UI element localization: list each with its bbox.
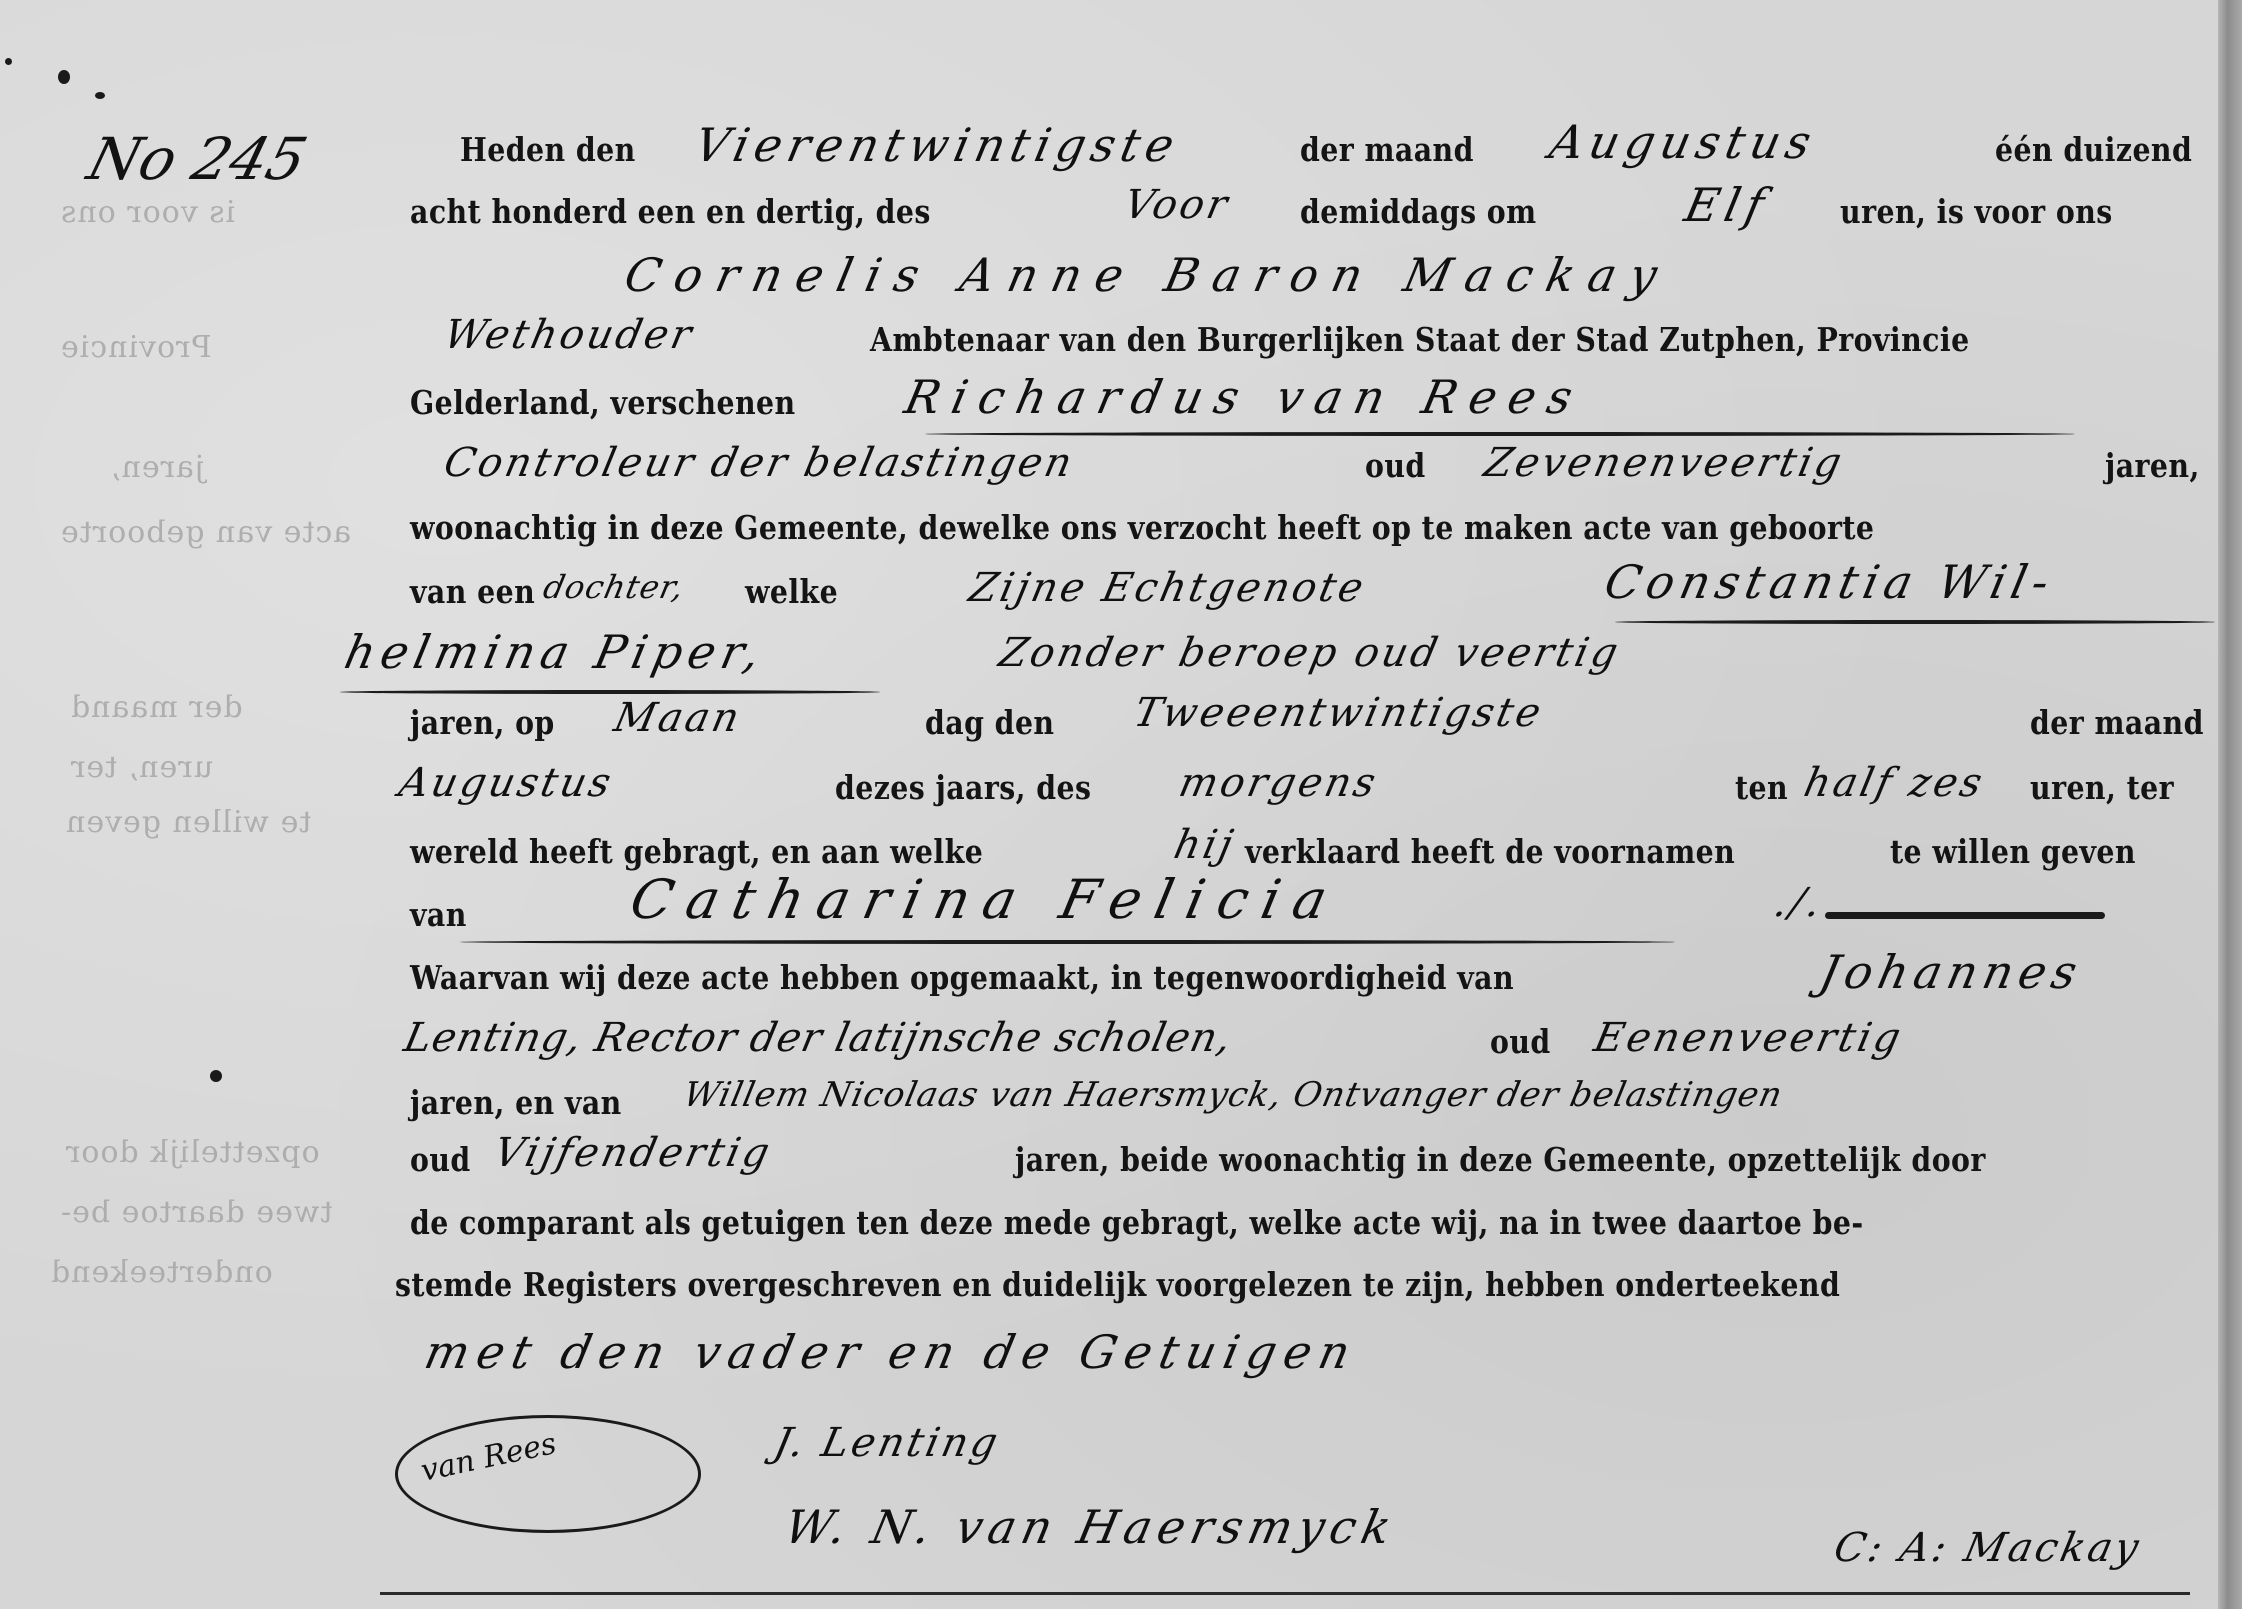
ink-spot	[210, 1070, 222, 1082]
handwritten-month: Augustus	[1545, 115, 1822, 169]
printed-text: jaren, beide woonachtig in deze Gemeente…	[1015, 1140, 1986, 1179]
printed-text: oud	[410, 1140, 471, 1179]
handwritten-weekday: Maan	[610, 695, 746, 741]
bleed-through-text: twee daartoe be-	[60, 1195, 333, 1230]
printed-text: der maand	[2030, 703, 2204, 742]
printed-text: jaren,	[2105, 446, 2200, 485]
witness1-signature: J. Lenting	[770, 1420, 1004, 1466]
printed-text: dag den	[925, 703, 1055, 742]
printed-text: uren, is voor ons	[1840, 192, 2113, 231]
handwritten-closing-mark: ./.	[1770, 880, 1828, 926]
printed-text: woonachtig in deze Gemeente, dewelke ons…	[410, 508, 1874, 547]
printed-text: stemde Registers overgeschreven en duide…	[395, 1265, 1840, 1304]
handwritten-birth-time: half zes	[1800, 760, 1989, 806]
handwritten-father-age: Zevenenveertig	[1480, 440, 1848, 486]
underline	[340, 690, 880, 694]
handwritten-pronoun: hij	[1170, 822, 1240, 868]
underline	[460, 940, 1675, 944]
handwritten-signing-note: met den vader en de Getuigen	[420, 1325, 1363, 1379]
bleed-through-text: uren, ter	[70, 750, 213, 785]
printed-text: wereld heeft gebragt, en aan welke	[410, 832, 983, 871]
handwritten-witness1-details: Lenting, Rector der latijnsche scholen,	[400, 1015, 1236, 1061]
printed-text: der maand	[1300, 130, 1474, 169]
printed-text: van een	[410, 572, 535, 611]
bleed-through-text: opzettelijk door	[65, 1135, 320, 1170]
bleed-through-text: is voor ons	[60, 195, 235, 230]
printed-text: jaren, en van	[410, 1083, 622, 1122]
printed-text: van	[410, 895, 467, 934]
handwritten-birth-day: Tweeentwintigste	[1130, 690, 1548, 736]
printed-text: te willen geven	[1890, 832, 2136, 871]
printed-text: dezes jaars, des	[835, 768, 1091, 807]
handwritten-mother-name: Constantia Wil-	[1600, 555, 2060, 609]
handwritten-official-title: Wethouder	[440, 312, 698, 358]
printed-text: welke	[745, 572, 838, 611]
handwritten-part-of-day: morgens	[1175, 760, 1382, 806]
page-edge	[2218, 0, 2242, 1609]
printed-text: Waarvan wij deze acte hebben opgemaakt, …	[410, 958, 1514, 997]
handwritten-father-name: Richardus van Rees	[900, 370, 1589, 424]
printed-text: acht honderd een en dertig, des	[410, 192, 931, 231]
printed-text: Heden den	[460, 130, 636, 169]
handwritten-mother-name-cont: helmina Piper,	[340, 625, 771, 679]
printed-text: ten	[1735, 768, 1788, 807]
handwritten-hour: Elf	[1680, 178, 1775, 232]
printed-text: één duizend	[1995, 130, 2192, 169]
handwritten-spouse-label: Zijne Echtgenote	[965, 565, 1370, 611]
handwritten-witness2-details: Willem Nicolaas van Haersmyck, Ontvanger…	[680, 1075, 1786, 1115]
handwritten-day: Vierentwintigste	[690, 118, 1185, 172]
bleed-through-text: onderteekend	[50, 1255, 273, 1290]
handwritten-birth-month: Augustus	[395, 760, 618, 806]
bleed-through-text: jaren,	[110, 450, 204, 485]
handwritten-witness1-age: Eenenveertig	[1590, 1015, 1907, 1061]
bleed-through-text: te willen geven	[65, 805, 311, 840]
printed-text: Gelderland, verschenen	[410, 383, 796, 422]
witness2-signature: W. N. van Haersmyck	[780, 1500, 1402, 1554]
bleed-through-text: der maand	[70, 690, 243, 725]
printed-text: uren, ter	[2030, 768, 2174, 807]
document-page: is voor ons Provincie jaren, acte van ge…	[0, 0, 2218, 1609]
bleed-through-text: Provincie	[60, 330, 212, 365]
handwritten-mother-details: Zonder beroep oud veertig	[995, 630, 1625, 676]
handwritten-witness1-first: Johannes	[1815, 945, 2088, 999]
ink-spot	[95, 92, 105, 99]
closing-stroke	[1825, 912, 2105, 919]
printed-text: demiddags om	[1300, 192, 1537, 231]
printed-text: jaren, op	[410, 703, 555, 742]
underline	[1615, 620, 2215, 624]
printed-text: verklaard heeft de voornamen	[1245, 832, 1735, 871]
record-number: No 245	[81, 125, 314, 193]
handwritten-time-of-day: Voor	[1120, 182, 1234, 228]
underline	[925, 432, 2075, 436]
handwritten-child-sex: dochter,	[540, 568, 688, 606]
ink-spot	[5, 58, 12, 65]
ink-spot	[58, 70, 70, 84]
handwritten-father-occupation: Controleur der belastingen	[440, 440, 1079, 486]
record-separator-line	[380, 1592, 2190, 1595]
printed-text: oud	[1365, 446, 1426, 485]
handwritten-official-name: Cornelis Anne Baron Mackay	[620, 248, 1676, 302]
bleed-through-text: acte van geboorte	[60, 515, 351, 550]
handwritten-witness2-age: Vijfendertig	[490, 1130, 776, 1176]
handwritten-child-name: Catharina Felicia	[625, 868, 1347, 931]
official-signature: C: A: Mackay	[1830, 1525, 2146, 1571]
printed-text: Ambtenaar van den Burgerlijken Staat der…	[870, 320, 1970, 359]
printed-text: oud	[1490, 1022, 1551, 1061]
printed-text: de comparant als getuigen ten deze mede …	[410, 1203, 1864, 1242]
